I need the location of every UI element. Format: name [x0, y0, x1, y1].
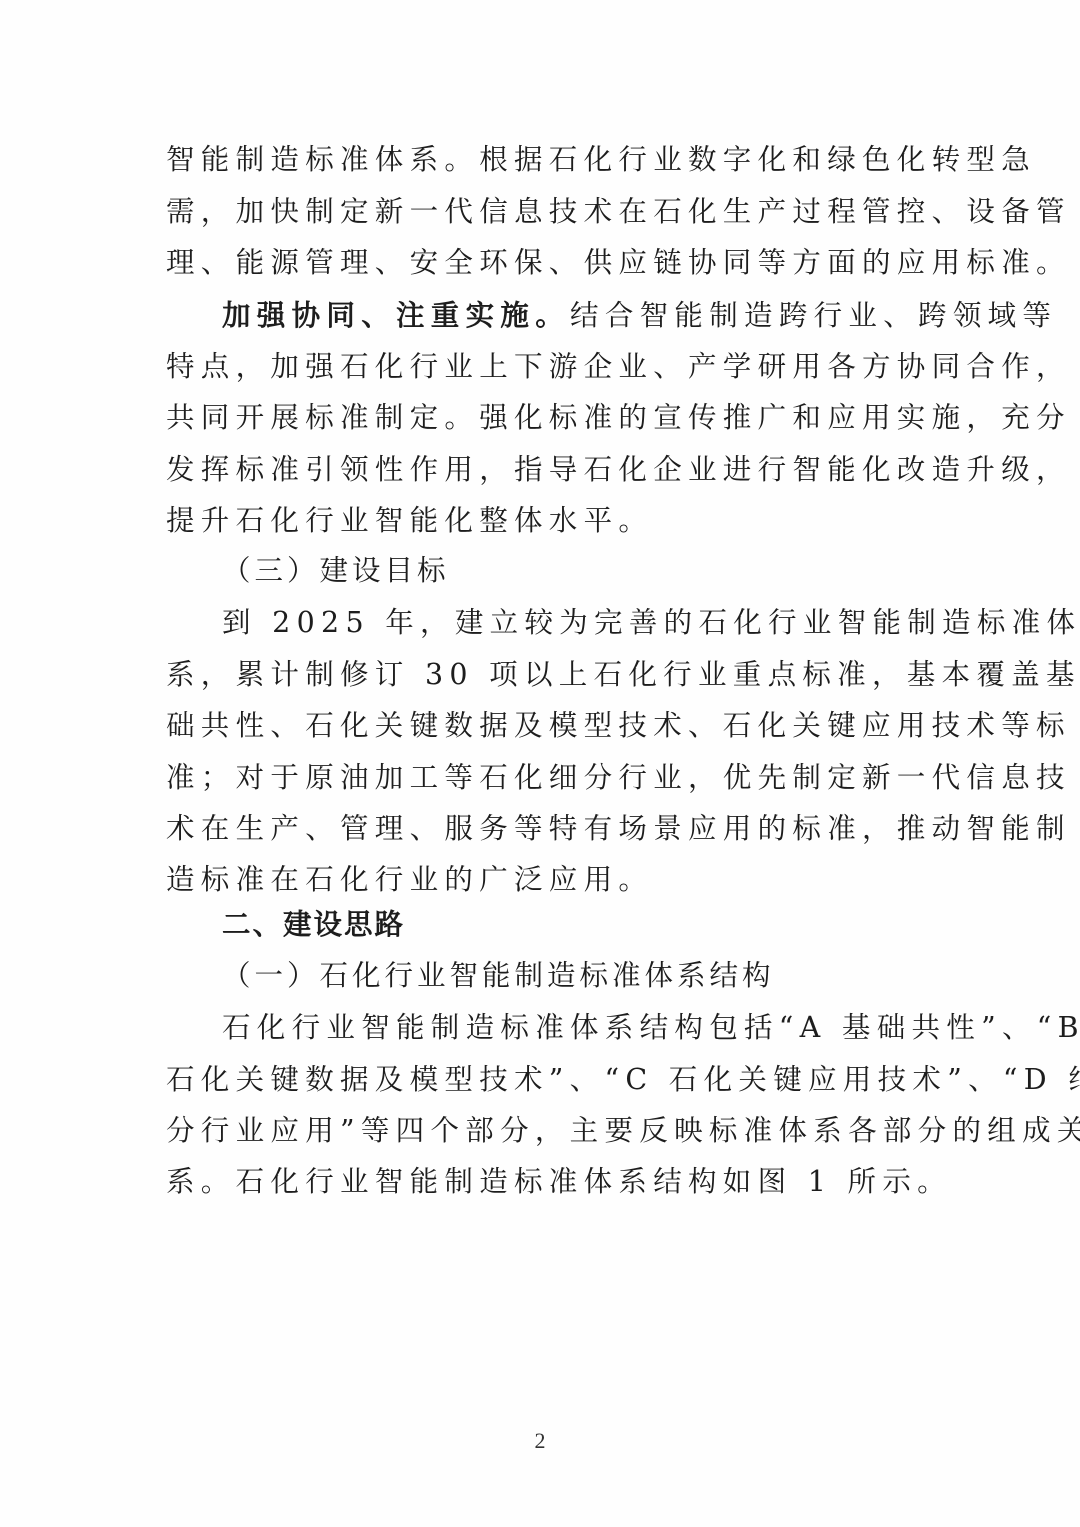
text-line: 共同开展标准制定。强化标准的宣传推广和应用实施，充分	[166, 398, 918, 438]
text-line: 造标准在石化行业的广泛应用。	[166, 860, 918, 900]
paragraph-first-line: 加强协同、注重实施。结合智能制造跨行业、跨领域等	[222, 295, 974, 336]
text-line: 石化行业智能制造标准体系结构包括“A 基础共性”、“B	[222, 1008, 974, 1048]
subheading-structure: （一）石化行业智能制造标准体系结构	[222, 956, 974, 996]
text-line: 础共性、石化关键数据及模型技术、石化关键应用技术等标	[166, 706, 918, 746]
text-line: 系。石化行业智能制造标准体系结构如图 1 所示。	[166, 1162, 918, 1202]
text-line: 智能制造标准体系。根据石化行业数字化和绿色化转型急	[166, 140, 918, 180]
section-heading: 二、建设思路	[222, 905, 974, 945]
text-line: 特点，加强石化行业上下游企业、产学研用各方协同合作，	[166, 347, 918, 387]
text-line: 到 2025 年，建立较为完善的石化行业智能制造标准体	[222, 603, 974, 643]
document-page: 智能制造标准体系。根据石化行业数字化和绿色化转型急 需，加快制定新一代信息技术在…	[0, 0, 1080, 1527]
text-line: 理、能源管理、安全环保、供应链协同等方面的应用标准。	[166, 243, 918, 283]
text-line: 提升石化行业智能化整体水平。	[166, 501, 918, 541]
text-line: 系，累计制修订 30 项以上石化行业重点标准，基本覆盖基	[166, 655, 918, 695]
text-line: 石化关键数据及模型技术”、“C 石化关键应用技术”、“D 细	[166, 1060, 918, 1100]
text-line: 准；对于原油加工等石化细分行业，优先制定新一代信息技	[166, 758, 918, 798]
bold-lead-text: 加强协同、注重实施。	[222, 298, 570, 332]
text-line: 发挥标准引领性作用，指导石化企业进行智能化改造升级，	[166, 450, 918, 490]
page-number: 2	[528, 1428, 552, 1454]
text-span: 结合智能制造跨行业、跨领域等	[570, 299, 1057, 332]
text-line: 术在生产、管理、服务等特有场景应用的标准，推动智能制	[166, 809, 918, 849]
subheading-goals: （三）建设目标	[222, 551, 974, 591]
text-line: 分行业应用”等四个部分，主要反映标准体系各部分的组成关	[166, 1111, 918, 1151]
text-line: 需，加快制定新一代信息技术在石化生产过程管控、设备管	[166, 192, 918, 232]
